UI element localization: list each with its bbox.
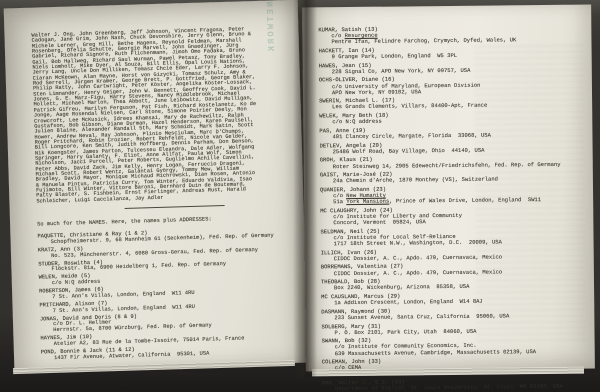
- address-entry: QUANIER, Johann (23)c/o New Humanity51a …: [320, 185, 584, 206]
- address-entry: SELDMAN, Neil (25)c/o Institute for Loca…: [320, 226, 584, 247]
- address-entry: GROH, Klaus (21)Roter Steinweg 14, 2905 …: [320, 155, 584, 170]
- address-entry: ILLICH, Ivan (26)CIDOC Dossier, A. C., A…: [321, 247, 585, 262]
- address-entry: DETLEV, Angela (20)25486 Wolf Road, Bay …: [320, 140, 584, 155]
- entry-address-line: Les Grands Clements, Villars, 84400-Apt,…: [332, 102, 583, 111]
- entry-address-line: 228 Signal Co, APO New York, NY 09757, U…: [332, 66, 583, 75]
- address-entry: HAWES, Jean (15)228 Signal Co, APO New Y…: [319, 60, 583, 75]
- entry-address-line: 401 Clancey Circle, Margate, Florida 330…: [332, 132, 583, 141]
- address-entry: BORREMANS, Valentina (27)CIDOC Dossier, …: [321, 262, 585, 277]
- address-entry: SOLBERG, Mary (31)P. O. Box 2101, Park C…: [321, 321, 585, 336]
- address-entry: THEOBALD, Bob (28)Box 2240, Wickenburg, …: [321, 277, 585, 292]
- entry-address-line: 24a Chemin d'Arche, 1870 Monthey (VS), S…: [333, 176, 584, 185]
- entry-address-line: Box 2240, Wickenburg, Arizona 85358, USA: [334, 283, 585, 292]
- intro-line: So much for the NAMES. Here, the names p…: [37, 214, 299, 228]
- entry-address-line: 1717 18th Street N.W., Washington, D.C. …: [334, 239, 585, 248]
- entry-address-line: CIDOC Dossier, A. C., Apdo. 479, Cuernav…: [334, 268, 585, 277]
- left-entries: PAQUETTE, Christiane & Ray (1 & 2)Schopf…: [37, 227, 303, 362]
- address-entry: MC CAUSLAND, Marcus (29)1a Addison Cresc…: [321, 292, 585, 307]
- address-entry: SWANN, Bob (32)c/o Institute for Communi…: [322, 336, 586, 357]
- names-paragraph: Walter J. Ong, John Greenberg, Jeff John…: [31, 26, 298, 205]
- photo-bottom-shadow: [0, 374, 600, 392]
- show-through-network-text: NETWORK: [266, 1, 278, 53]
- address-entry: HACKETT, Ian (14)9 Grange Park, London, …: [319, 45, 583, 60]
- address-entry: PAS, Anne (19)401 Clancey Circle, Margat…: [319, 125, 583, 140]
- entry-address-line: P. O. Box 2101, Park City, Utah 84060, U…: [334, 327, 585, 336]
- left-page: Walter J. Ong, John Greenberg, Jeff John…: [4, 0, 309, 371]
- entry-address-line: 25486 Wolf Road, Bay Village, Ohio 44140…: [333, 146, 584, 155]
- entry-address-line: Pentre Ifan, Felindre Farchog, Crymych, …: [331, 37, 582, 46]
- address-entry: GAIST, Marie-José (22)24a Chemin d'Arche…: [320, 170, 584, 185]
- book-photo: Walter J. Ong, John Greenberg, Jeff John…: [0, 0, 600, 392]
- entry-address-line: 233 Sunset Avenue, Santa Cruz, Californi…: [334, 312, 585, 321]
- right-page: KUMAR, Satish (13)c/o ResurgencePentre I…: [302, 4, 595, 371]
- address-entry: OCHS-OLIVER, Diane (16)c/o University of…: [319, 75, 583, 96]
- entry-address-line: 9 Grange Park, London, England W5 3PL: [332, 52, 583, 61]
- entry-address-line: 51a York Mansions, Prince of Wales Drive…: [333, 197, 584, 206]
- address-entry: MC CLAUGHRY, John (24)c/o Institute for …: [320, 205, 584, 226]
- entry-address-line: Roter Steinweg 14, 2905 Edewecht/Friedri…: [333, 161, 584, 170]
- address-entry: SWERIN, Michael L. (17)Les Grands Clemen…: [319, 96, 583, 111]
- entry-address-line: Concord, Vermont 05824, USA: [333, 218, 584, 227]
- address-entry: KUMAR, Satish (13)c/o ResurgencePentre I…: [318, 25, 582, 46]
- entry-address-line: CIDOC Dossier, A. C., Apdo. 479, Cuernav…: [334, 253, 585, 262]
- section-divider: [125, 205, 225, 209]
- book-gutter-shadow: [293, 0, 317, 378]
- right-entries: KUMAR, Satish (13)c/o ResurgencePentre I…: [318, 25, 586, 392]
- address-entry: WELEK, Mary Beth (18)c/o N:Q address: [319, 111, 583, 126]
- entry-address-line: c/o N:Q address: [332, 117, 583, 126]
- entry-address-line: 1a Addison Crescent, London, England W14…: [334, 298, 585, 307]
- entry-address-line: 639 Massachusetts Avenue, Cambridge, Mas…: [335, 348, 586, 357]
- address-entry: DASMANN, Raymond (30)233 Sunset Avenue, …: [321, 306, 585, 321]
